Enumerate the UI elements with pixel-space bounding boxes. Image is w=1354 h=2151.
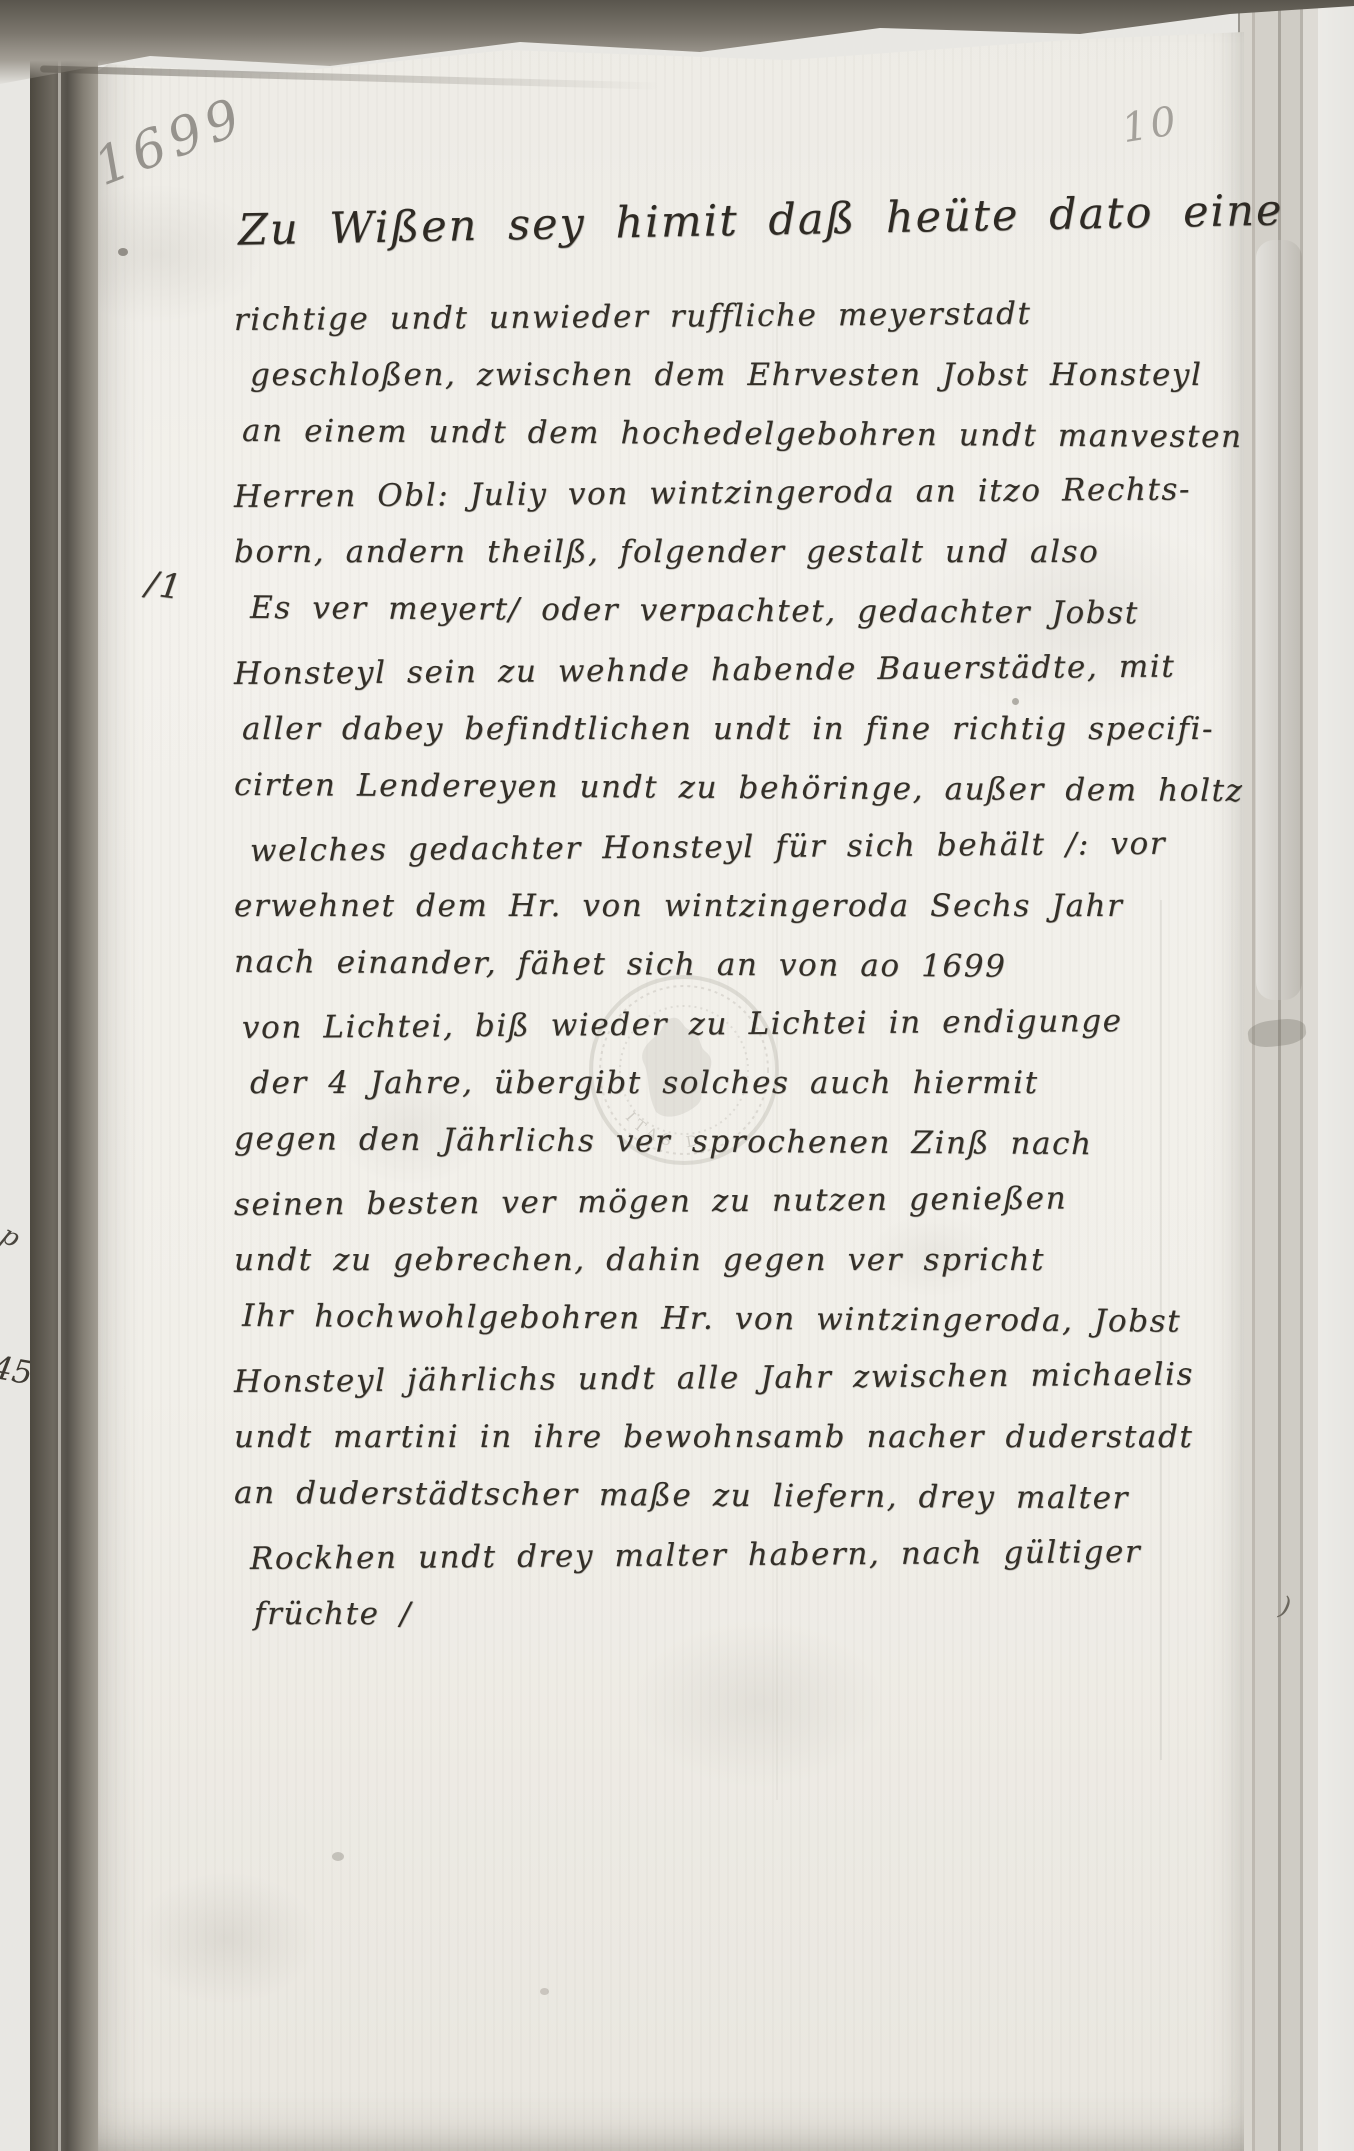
manuscript-line: Rockhen undt drey malter habern, nach gü… — [250, 1533, 1254, 1600]
binding-fold-shadow — [30, 0, 98, 2151]
manuscript-line: erwehnet dem Hr. von wintzingeroda Sechs… — [234, 888, 1254, 947]
binding-fold-highlight — [58, 0, 61, 2151]
manuscript-line: der 4 Jahre, übergibt solches auch hierm… — [250, 1065, 1254, 1124]
manuscript-line: gegen den Jährlichs ver sprochenen Zinß … — [234, 1121, 1254, 1186]
scanned-manuscript-page: ITAS D 1699 10 Zu Wißen sey himit daß he… — [0, 0, 1354, 2151]
manuscript-line: Ihr hochwohlgebohren Hr. von wintzingero… — [242, 1298, 1254, 1363]
manuscript-line: cirten Lendereyen undt zu behöringe, auß… — [234, 767, 1254, 832]
manuscript-line: geschloßen, zwischen dem Ehrvesten Jobst… — [250, 357, 1254, 416]
page-edge-crease — [1256, 240, 1302, 1000]
ink-stain — [332, 1852, 344, 1861]
margin-item-number: /1 — [143, 564, 185, 609]
manuscript-line: welches gedachter Honsteyl für sich behä… — [250, 825, 1254, 892]
manuscript-line: aller dabey befindtlichen undt in fine r… — [242, 711, 1254, 770]
manuscript-line: Es ver meyert/ oder verpachtet, gedachte… — [250, 590, 1254, 655]
ink-stain — [540, 1988, 549, 1995]
manuscript-line: richtige undt unwieder ruffliche meyerst… — [234, 294, 1254, 361]
manuscript-line: früchte / — [254, 1596, 1254, 1655]
manuscript-text: richtige undt unwieder ruffliche meyerst… — [234, 298, 1254, 1655]
pencil-page-number: 10 — [1119, 98, 1182, 152]
manuscript-line: Honsteyl sein zu wehnde habende Bauerstä… — [234, 648, 1254, 715]
manuscript-line: seinen besten ver mögen zu nutzen genieß… — [234, 1179, 1254, 1246]
manuscript-line: Herren Obl: Juliy von wintzingeroda an i… — [234, 471, 1254, 538]
manuscript-line: undt martini in ihre bewohnsamb nacher d… — [234, 1419, 1254, 1478]
manuscript-line: undt zu gebrechen, dahin gegen ver spric… — [234, 1242, 1254, 1301]
manuscript-line: an duderstädtscher maße zu liefern, drey… — [234, 1475, 1254, 1540]
manuscript-line: born, andern theilß, folgender gestalt u… — [234, 534, 1254, 593]
manuscript-line: Honsteyl jährlichs undt alle Jahr zwisch… — [234, 1356, 1254, 1423]
manuscript-line: von Lichtei, biß wieder zu Lichtei in en… — [242, 1002, 1254, 1069]
manuscript-line: nach einander, fähet sich an von ao 1699 — [234, 944, 1254, 1009]
manuscript-line: an einem undt dem hochedelgebohren undt … — [242, 413, 1254, 478]
ink-stain — [118, 248, 128, 256]
edge-ink-fragment: p — [0, 1220, 25, 1254]
